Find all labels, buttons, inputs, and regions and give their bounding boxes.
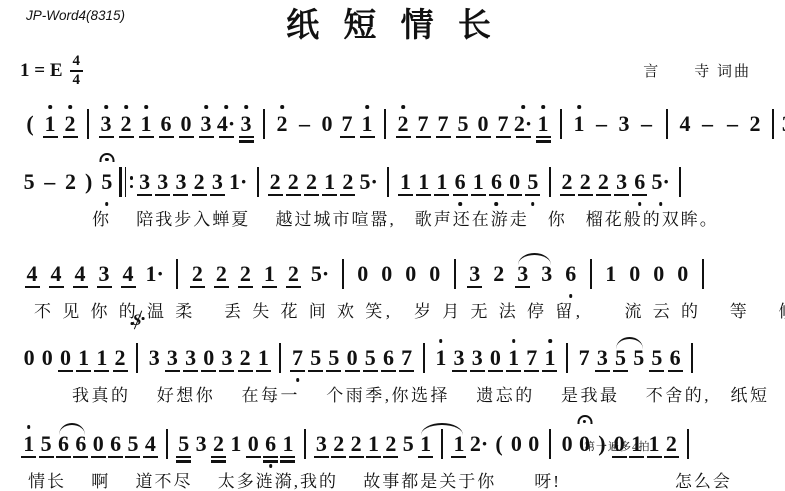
rest-token: 0	[508, 158, 521, 206]
note-token: 5	[650, 334, 663, 382]
page-header: JP-Word4(8315) 纸 短 情 长	[20, 6, 765, 50]
rest-token: 0	[510, 420, 523, 468]
underline-beam	[214, 286, 229, 288]
underline-beam	[268, 194, 283, 196]
note-token: 6	[633, 158, 646, 206]
note-token: 2	[341, 158, 354, 206]
barline: S	[135, 334, 139, 382]
note-token: 5	[364, 334, 377, 382]
note-token: 2	[239, 334, 252, 382]
double-underline-beam	[280, 460, 295, 462]
underline-beam	[516, 136, 531, 138]
underline-beam	[345, 370, 360, 372]
note-token: 6	[669, 334, 682, 382]
note-token: 3	[100, 100, 113, 148]
barline	[548, 158, 552, 206]
note-token: 5	[526, 158, 539, 206]
note-token: 1	[604, 250, 617, 298]
note-token: 3	[618, 100, 631, 148]
underline-beam	[629, 456, 644, 458]
octave-dot-above	[204, 105, 208, 109]
note-token: 2	[384, 420, 397, 468]
underline-beam	[56, 456, 71, 458]
underline-beam	[496, 136, 511, 138]
underline-beam	[381, 370, 396, 372]
underline-beam	[113, 370, 128, 372]
composer-credit: 言 寺 词曲	[643, 60, 751, 81]
note-token: 3	[195, 420, 208, 468]
barline	[690, 334, 694, 382]
dash-token: –	[41, 158, 59, 206]
note-token: 1	[229, 420, 242, 468]
rest-token: 0	[59, 334, 72, 382]
barline	[278, 334, 282, 382]
rest-token: 0	[404, 250, 417, 298]
fermata-icon	[99, 153, 114, 162]
underline-beam	[190, 286, 205, 288]
octave-dot-below	[296, 378, 300, 382]
underline-beam	[308, 370, 323, 372]
underline-beam	[416, 194, 431, 196]
underline-beam	[99, 136, 114, 138]
key-tonic: 1 = E	[20, 60, 63, 82]
note-token: 7	[417, 100, 430, 148]
note-token: 2	[665, 420, 678, 468]
note-token: 1·	[146, 250, 164, 298]
barline	[548, 420, 552, 468]
underline-beam	[649, 370, 664, 372]
note-token: 6	[160, 100, 173, 148]
underline-beam	[211, 456, 226, 458]
notation-row-5: 156606545321061322125112·(0000)0112	[20, 420, 765, 468]
underline-beam	[326, 370, 341, 372]
note-token: 2	[332, 420, 345, 468]
note-token: 4	[144, 420, 157, 468]
note-token: 2·	[517, 100, 530, 148]
underline-beam	[155, 194, 170, 196]
underline-beam	[596, 194, 611, 196]
underline-beam	[515, 286, 530, 288]
barline	[565, 334, 569, 382]
note-token: 1	[537, 100, 550, 148]
note-token: 5	[40, 420, 53, 468]
underline-beam	[614, 194, 629, 196]
note-token: 5	[402, 420, 415, 468]
octave-dot-below	[269, 464, 273, 468]
octave-dot-above	[144, 105, 148, 109]
double-underline-beam	[211, 460, 226, 462]
note-token: 6	[564, 250, 577, 298]
barline	[386, 158, 390, 206]
underline-beam	[322, 194, 337, 196]
note-token: 2	[269, 158, 282, 206]
underline-beam	[612, 456, 627, 458]
note-token: 6	[382, 334, 395, 382]
rest-token: 0	[356, 250, 369, 298]
underline-beam	[451, 456, 466, 458]
note-token: 2	[276, 100, 289, 148]
octave-dot-above	[280, 105, 284, 109]
note-token: 7	[525, 334, 538, 382]
note-token: 2	[64, 158, 77, 206]
note-token: 2	[212, 420, 225, 468]
note-token: 3	[211, 158, 224, 206]
note-token: 1	[434, 334, 447, 382]
note-token: 3	[453, 334, 466, 382]
note-token: 3	[184, 334, 197, 382]
note-token: 2	[193, 158, 206, 206]
underline-beam	[176, 456, 191, 458]
dash-token: –	[638, 100, 656, 148]
underline-beam	[239, 136, 254, 138]
note-token: 3	[615, 158, 628, 206]
underline-beam	[94, 370, 109, 372]
rest-token: 0	[477, 100, 490, 148]
song-title: 纸 短 情 长	[20, 6, 765, 46]
note-token: 1	[417, 158, 430, 206]
underline-beam	[456, 136, 471, 138]
underline-beam	[219, 136, 234, 138]
barline	[165, 420, 169, 468]
barline	[686, 420, 690, 468]
octave-dot-above	[124, 105, 128, 109]
sheet-music-page: JP-Word4(8315) 纸 短 情 长 1 = E 4 4 言 寺 词曲 …	[0, 0, 785, 491]
barline	[453, 250, 457, 298]
note-token: 3	[174, 158, 187, 206]
underline-beam	[108, 456, 123, 458]
underline-beam	[452, 370, 467, 372]
underline-beam	[595, 370, 610, 372]
open-paren-token: (	[493, 420, 506, 468]
note-token: 1	[44, 100, 57, 148]
lyrics-row-2: 你 陪我步入蝉夏 越过城市喧嚣, 歌声还在游走 你 榴花般的双眸。	[20, 207, 765, 232]
double-underline-beam	[239, 140, 254, 142]
underline-beam	[525, 194, 540, 196]
note-token: 5·	[360, 158, 378, 206]
underline-beam	[238, 370, 253, 372]
rest-token: 0	[41, 334, 54, 382]
note-token: 1	[507, 334, 520, 382]
note-token: 1	[472, 158, 485, 206]
rest-token: 0	[23, 334, 36, 382]
rest-token: 0	[247, 420, 260, 468]
rest-token: 0	[180, 100, 193, 148]
note-token: 2	[64, 100, 77, 148]
note-token: 5	[100, 158, 113, 206]
fermata-icon	[577, 415, 592, 424]
barline	[678, 158, 682, 206]
underline-beam	[199, 136, 214, 138]
barline	[701, 250, 705, 298]
barline	[422, 334, 426, 382]
underline-beam	[159, 136, 174, 138]
note-token: 7	[578, 334, 591, 382]
rest-token: 0	[489, 334, 502, 382]
note-token: 3	[468, 250, 481, 298]
barline	[665, 100, 669, 148]
barline	[262, 100, 266, 148]
note-token: 3	[148, 334, 161, 382]
rest-token: 0	[92, 420, 105, 468]
note-token: 2	[561, 158, 574, 206]
rest-token: 0	[527, 420, 540, 468]
note-token: 3	[166, 334, 179, 382]
notation-row-3: 444341·222125·0000323361000	[20, 250, 765, 298]
double-underline-beam	[263, 460, 278, 462]
underline-beam	[25, 286, 40, 288]
underline-beam	[398, 194, 413, 196]
underline-beam	[238, 286, 253, 288]
underline-beam	[467, 286, 482, 288]
underline-beam	[263, 456, 278, 458]
note-token: 7	[400, 334, 413, 382]
underline-beam	[542, 370, 557, 372]
underline-beam	[453, 194, 468, 196]
underline-beam	[471, 194, 486, 196]
underline-beam	[183, 370, 198, 372]
underline-beam	[125, 456, 140, 458]
underline-beam	[43, 136, 58, 138]
underline-beam	[331, 456, 346, 458]
underline-beam	[201, 370, 216, 372]
underline-beam	[349, 456, 364, 458]
underline-beam	[58, 370, 73, 372]
barline	[383, 100, 387, 148]
note-token: 7	[437, 100, 450, 148]
underline-beam	[489, 194, 504, 196]
underline-beam	[73, 456, 88, 458]
note-token: 3	[156, 158, 169, 206]
note-token: 3	[220, 334, 233, 382]
note-token: 2	[287, 250, 300, 298]
note-token: 4	[122, 250, 135, 298]
barline	[303, 420, 307, 468]
underline-beam	[121, 286, 136, 288]
note-token: 2	[749, 100, 762, 148]
note-token: 3	[240, 100, 253, 148]
underline-beam	[314, 456, 329, 458]
underline-beam	[256, 370, 271, 372]
double-underline-beam	[176, 460, 191, 462]
note-token: 3	[98, 250, 111, 298]
note-token: 1	[361, 100, 374, 148]
rest-token: 0	[202, 334, 215, 382]
note-token: 1	[281, 420, 294, 468]
underline-beam	[436, 136, 451, 138]
note-token: 4·	[220, 100, 233, 148]
note-token: 1	[543, 334, 556, 382]
underline-beam	[91, 456, 106, 458]
note-token: 2	[114, 334, 127, 382]
lyrics-row-5: 情长 啊 道不尽 太多涟漪,我的 故事都是关于你 呀! 怎么会	[20, 469, 765, 491]
note-token: 5	[309, 334, 322, 382]
dash-token: –	[296, 100, 314, 148]
underline-beam	[363, 370, 378, 372]
underline-beam	[647, 456, 662, 458]
note-token: 4	[26, 250, 39, 298]
note-token: 1	[22, 420, 35, 468]
underline-beam	[506, 370, 521, 372]
underline-beam	[613, 370, 628, 372]
rest-token: 0	[652, 250, 665, 298]
underline-beam	[219, 370, 234, 372]
underline-beam	[632, 194, 647, 196]
underline-beam	[476, 136, 491, 138]
note-token: 2	[305, 158, 318, 206]
note-token: 6	[109, 420, 122, 468]
underline-beam	[97, 286, 112, 288]
music-line-2: 5–2)5333231·222125·11161605222365·你 陪我步入…	[20, 158, 765, 232]
underline-beam	[340, 194, 355, 196]
first-pass-annotation: 第一遍多4拍	[584, 438, 651, 454]
note-token: 5	[327, 334, 340, 382]
note-token: 6	[454, 158, 467, 206]
underline-beam	[165, 370, 180, 372]
note-token: 4	[50, 250, 63, 298]
underline-beam	[507, 194, 522, 196]
note-token: 2	[597, 158, 610, 206]
note-token: 5	[126, 420, 139, 468]
note-token: 2	[191, 250, 204, 298]
underline-beam	[192, 194, 207, 196]
note-token: 4	[679, 100, 692, 148]
underline-beam	[286, 194, 301, 196]
note-token: 1	[323, 158, 336, 206]
note-token: 1	[257, 334, 270, 382]
underline-beam	[340, 136, 355, 138]
repeat-start-sign	[119, 158, 133, 206]
note-token: 5	[457, 100, 470, 148]
octave-dot-below	[105, 202, 109, 206]
underline-beam	[39, 456, 54, 458]
underline-beam	[73, 286, 88, 288]
notation-row-2: 5–2)5333231·222125·11161605222365·	[20, 158, 765, 206]
note-token: 2	[350, 420, 363, 468]
underline-beam	[470, 370, 485, 372]
underline-beam	[360, 136, 375, 138]
underline-beam	[49, 286, 64, 288]
note-token: 7	[291, 334, 304, 382]
octave-dot-above	[541, 105, 545, 109]
octave-dot-above	[439, 339, 443, 343]
rest-token: 0	[321, 100, 334, 148]
underline-beam	[63, 136, 78, 138]
underline-beam	[399, 370, 414, 372]
note-token: 2	[397, 100, 410, 148]
octave-dot-above	[365, 105, 369, 109]
note-token: 5·	[311, 250, 329, 298]
underline-beam	[137, 194, 152, 196]
underline-beam	[383, 456, 398, 458]
note-token: 2	[239, 250, 252, 298]
music-line-4: 000112S333032175505671330171735556我真的 好想…	[20, 334, 765, 408]
dash-token: –	[593, 100, 611, 148]
underline-beam	[173, 194, 188, 196]
underline-beam	[488, 370, 503, 372]
octave-dot-above	[104, 105, 108, 109]
octave-dot-above	[27, 425, 31, 429]
barline	[256, 158, 260, 206]
note-token: 5	[23, 158, 36, 206]
underline-beam	[578, 194, 593, 196]
note-token: 1	[435, 158, 448, 206]
underline-beam	[290, 370, 305, 372]
rest-token: 0	[346, 334, 359, 382]
note-token: 2	[492, 250, 505, 298]
note-token: 1	[95, 334, 108, 382]
underline-beam	[668, 370, 683, 372]
octave-dot-below	[659, 202, 663, 206]
note-token: 1	[140, 100, 153, 148]
underline-beam	[139, 136, 154, 138]
octave-dot-below	[638, 202, 642, 206]
underline-beam	[664, 456, 679, 458]
note-token: 2	[579, 158, 592, 206]
underline-beam	[143, 456, 158, 458]
note-token: 3	[200, 100, 213, 148]
note-token: 7	[497, 100, 510, 148]
octave-dot-above	[48, 105, 52, 109]
underline-beam	[560, 194, 575, 196]
note-token: 3	[138, 158, 151, 206]
barline	[341, 250, 345, 298]
key-signature: 1 = E 4 4	[20, 54, 83, 88]
underline-beam	[76, 370, 91, 372]
underline-beam	[21, 456, 36, 458]
note-token: 3	[596, 334, 609, 382]
underline-beam	[416, 136, 431, 138]
underline-beam	[536, 136, 551, 138]
double-underline-beam	[536, 140, 551, 142]
octave-dot-above	[521, 105, 525, 109]
octave-dot-above	[224, 105, 228, 109]
underline-beam	[286, 286, 301, 288]
note-token: 6	[264, 420, 277, 468]
barline	[559, 100, 563, 148]
underline-beam	[524, 370, 539, 372]
underline-beam	[179, 136, 194, 138]
note-token: 3	[315, 420, 328, 468]
meter-numerator: 4	[70, 54, 84, 72]
note-token: 5	[177, 420, 190, 468]
underline-beam	[210, 194, 225, 196]
note-token: 1	[573, 100, 586, 148]
octave-dot-above	[68, 105, 72, 109]
barline	[175, 250, 179, 298]
note-token: 4	[74, 250, 87, 298]
note-token: 1	[367, 420, 380, 468]
octave-dot-below	[531, 202, 535, 206]
close-paren-token: )	[82, 158, 95, 206]
segno-icon: S	[131, 313, 144, 329]
underline-beam	[434, 194, 449, 196]
barline	[589, 250, 593, 298]
rest-token: 0	[380, 250, 393, 298]
note-token: 2·	[470, 420, 488, 468]
note-token: 7	[341, 100, 354, 148]
note-token: 3	[471, 334, 484, 382]
barline	[86, 100, 90, 148]
rest-token: 0	[628, 250, 641, 298]
music-line-5: 156606545321061322125112·(0000)0112情长 啊 …	[20, 420, 765, 491]
octave-dot-above	[548, 339, 552, 343]
note-token: 1	[399, 158, 412, 206]
octave-dot-below	[458, 202, 462, 206]
barline	[771, 100, 775, 148]
note-token: 1	[77, 334, 90, 382]
rest-token: 0	[428, 250, 441, 298]
note-token: 6	[490, 158, 503, 206]
